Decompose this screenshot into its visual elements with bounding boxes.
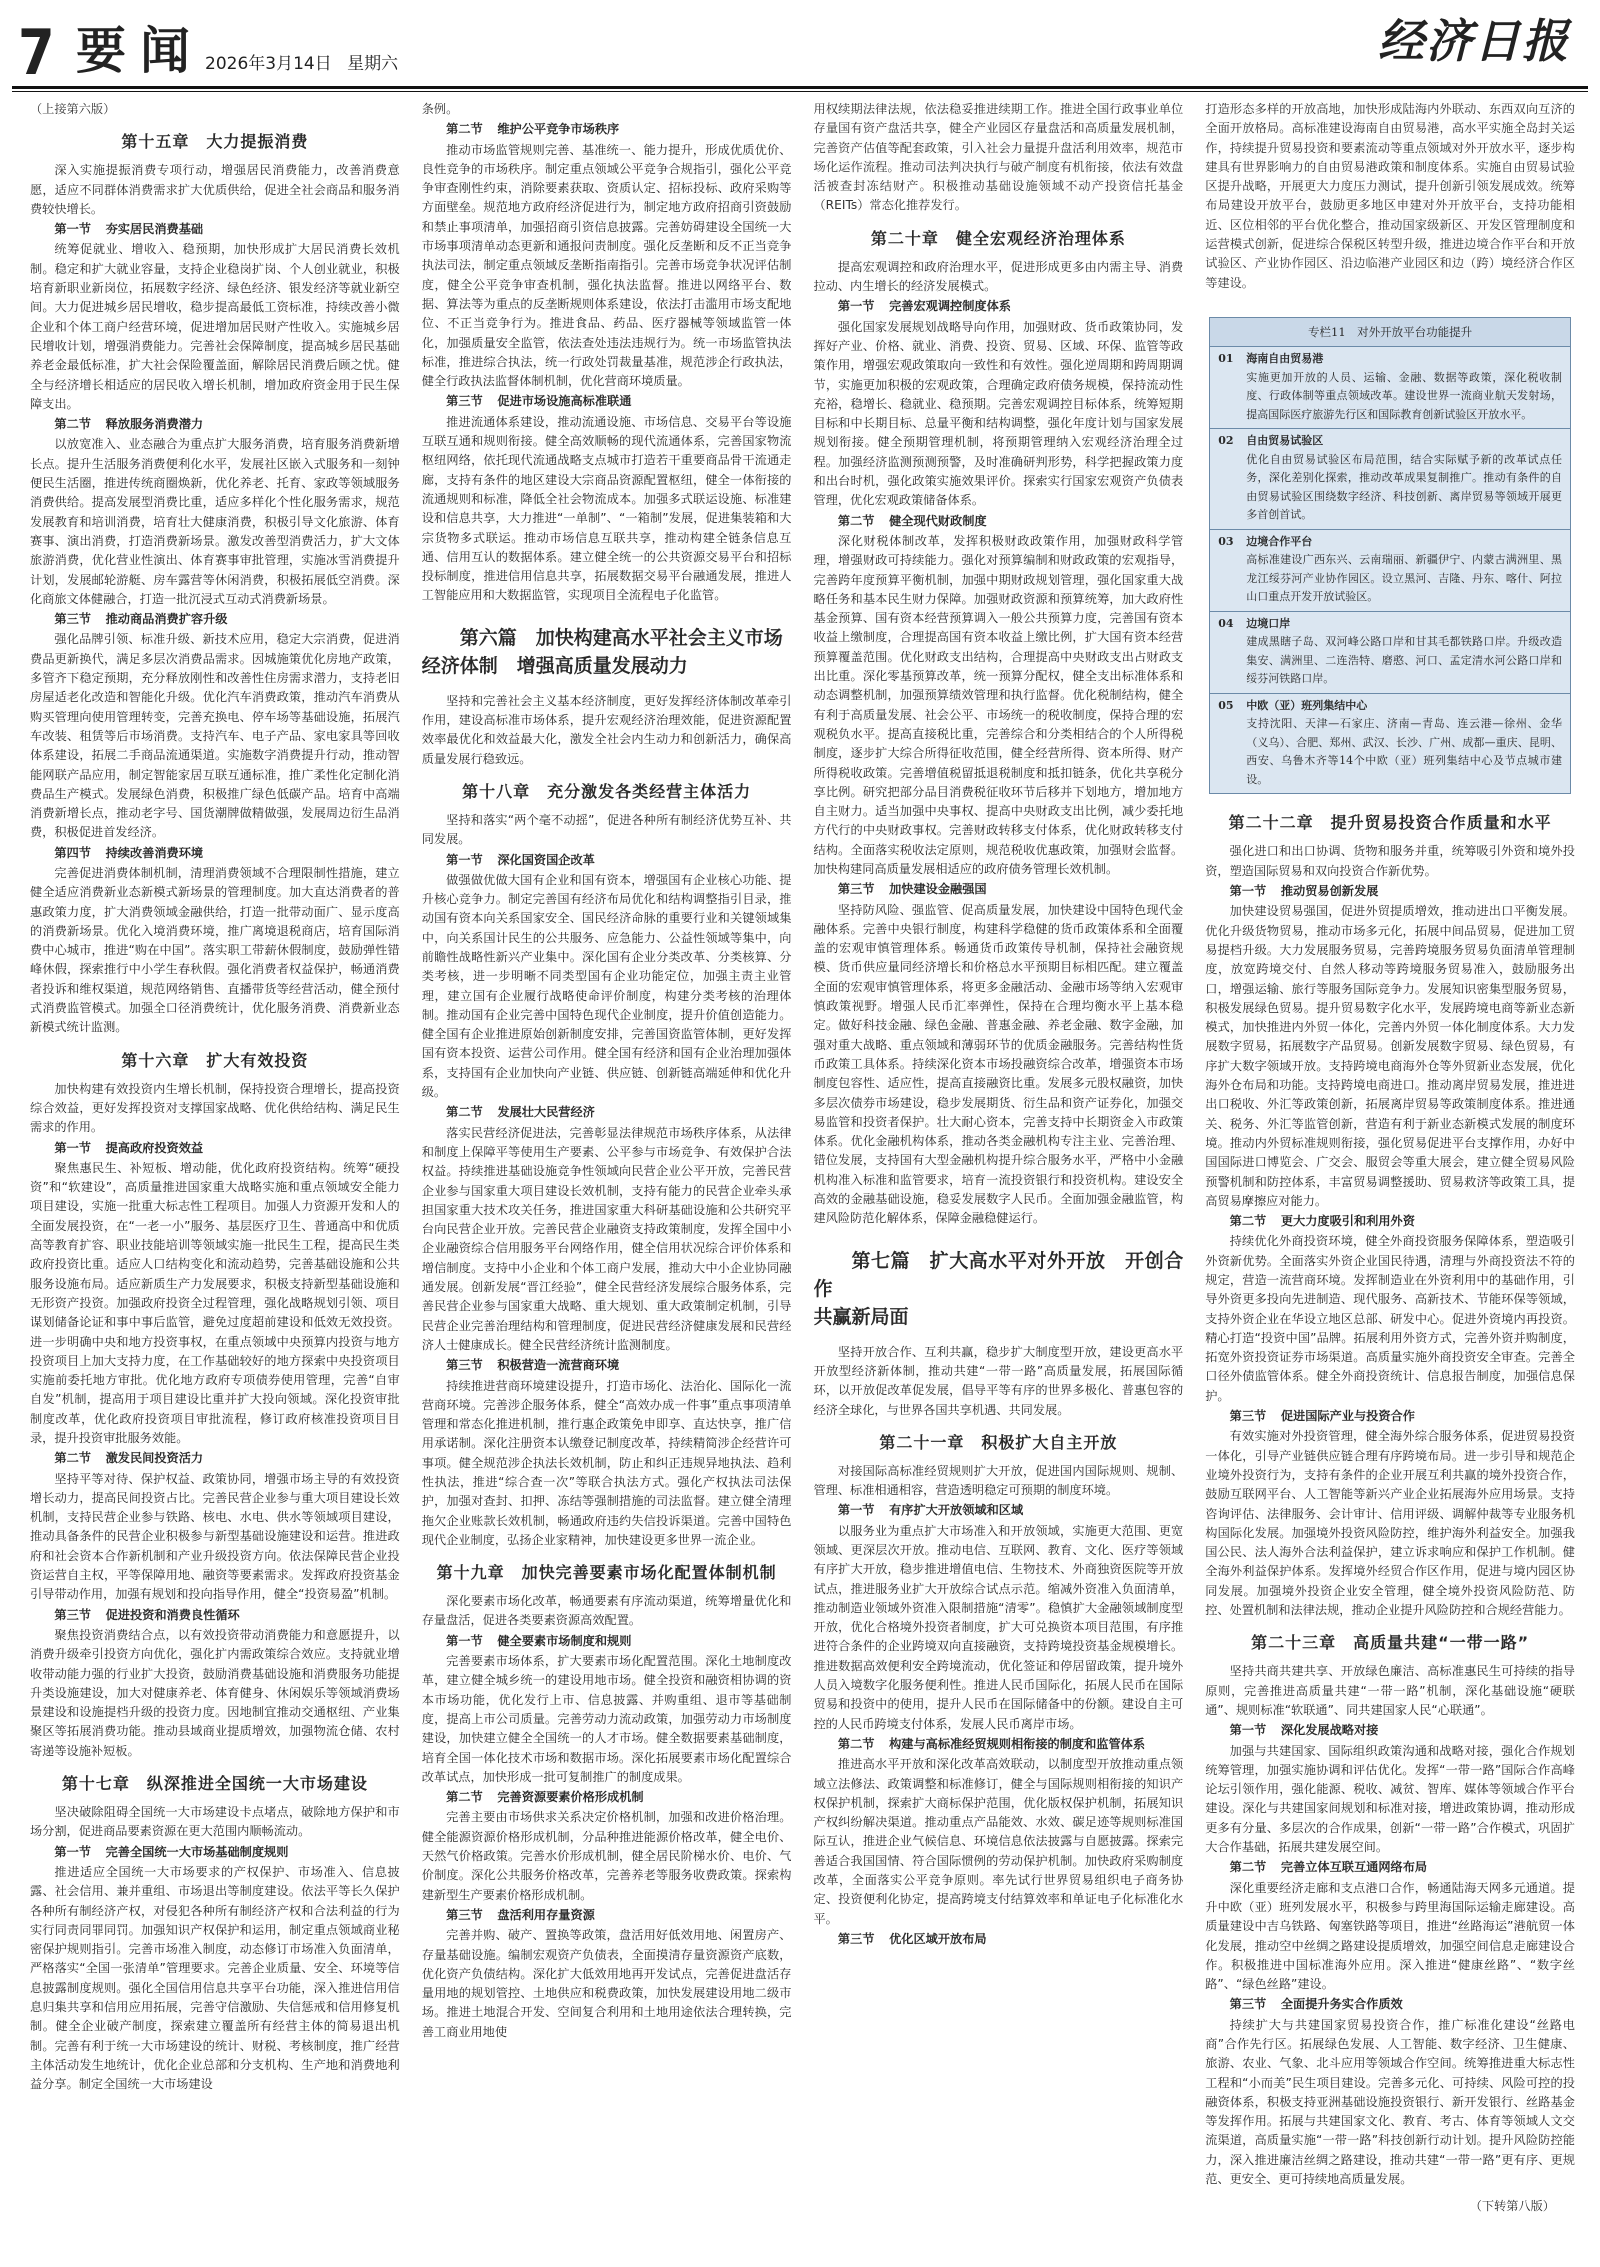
paragraph: 深化要素市场化改革，畅通要素有序流动渠道，统筹增量优化和存量盘活，促进各类要素资… <box>422 1592 792 1631</box>
paragraph: 持续扩大与共建国家贸易投资合作，推广标准化建设“丝路电商”合作先行区。拓展绿色发… <box>1205 2016 1575 2190</box>
section-heading: 第一节健全要素市场制度和规则 <box>422 1632 792 1651</box>
chapter-heading: 第十六章 扩大有效投资 <box>30 1050 400 1072</box>
paragraph: 完善主要由市场供求关系决定价格机制，加强和改进价格治理。健全能源资源价格形成机制… <box>422 1808 792 1904</box>
column-2: 条例。 第二节维护公平竞争市场秩序 推动市场监管规则完善、基准统一、能力提升，形… <box>422 100 792 2260</box>
section-heading: 第一节深化发展战略对接 <box>1205 1721 1575 1740</box>
section-heading: 第三节推动商品消费扩容升级 <box>30 610 400 629</box>
paragraph: 深化重要经济走廊和支点港口合作，畅通陆海天网多元通道。提升中欧（亚）班列发展水平… <box>1205 1879 1575 1995</box>
box-row: 03 边境合作平台高标准建设广西东兴、云南瑞丽、新疆伊宁、内蒙古满洲里、黑龙江绥… <box>1210 530 1570 612</box>
paragraph: 加快建设贸易强国，促进外贸提质增效，推动进出口平衡发展。优化升级货物贸易，推动市… <box>1205 902 1575 1211</box>
section-heading: 第三节盘活利用存量资源 <box>422 1906 792 1925</box>
box-row: 02 自由贸易试验区优化自由贸易试验区布局范围，结合实际赋予新的改革试点任务，深… <box>1210 429 1570 530</box>
section-heading: 第二节发展壮大民营经济 <box>422 1103 792 1122</box>
section-heading: 第三节加快建设金融强国 <box>814 880 1184 899</box>
issue-date: 2026年3月14日 <box>205 54 332 74</box>
section-heading: 第二节构建与高标准经贸规则相衔接的制度和监管体系 <box>814 1735 1184 1754</box>
date-line: 2026年3月14日 星期六 <box>205 56 408 73</box>
continued-to-note: （下转第八版） <box>1205 2197 1575 2216</box>
masthead: 7 要闻 2026年3月14日 星期六 经济日报 <box>0 0 1600 90</box>
paragraph: 对接国际高标准经贸规则扩大开放，促进国内国际规则、规制、管理、标准相通相容，营造… <box>814 1462 1184 1501</box>
chapter-heading: 第二十一章 积极扩大自主开放 <box>814 1432 1184 1454</box>
issue-weekday: 星期六 <box>347 54 398 74</box>
paragraph: 做强做优做大国有企业和国有资本，增强国有企业核心功能、提升核心竞争力。制定完善国… <box>422 871 792 1103</box>
article-columns: （上接第六版） 第十五章 大力提振消费 深入实施提振消费专项行动，增强居民消费能… <box>30 100 1575 2260</box>
chapter-heading: 第十七章 纵深推进全国统一大市场建设 <box>30 1773 400 1795</box>
paragraph: 有效实施对外投资管理，健全海外综合服务体系，促进贸易投资一体化，引导产业链供应链… <box>1205 1427 1575 1620</box>
section-heading: 第四节持续改善消费环境 <box>30 844 400 863</box>
part-heading: 第六篇 加快构建高水平社会主义市场 经济体制 增强高质量发展动力 <box>422 624 792 680</box>
paragraph: 聚焦投资消费结合点，以有效投资带动消费能力和意愿提升，以消费升级牵引投资方向优化… <box>30 1626 400 1761</box>
paragraph: 完善并购、破产、置换等政策，盘活用好低效用地、闲置房产、存量基础设施。编制宏观资… <box>422 1926 792 2042</box>
section-heading: 第三节促进投资和消费良性循环 <box>30 1606 400 1625</box>
chapter-heading: 第十八章 充分激发各类经营主体活力 <box>422 781 792 803</box>
paragraph: 强化品牌引领、标准升级、新技术应用，稳定大宗消费，促进消费品更新换代，满足多层次… <box>30 630 400 842</box>
section-heading: 第一节提高政府投资效益 <box>30 1139 400 1158</box>
paragraph: 坚持开放合作、互利共赢，稳步扩大制度型开放，建设更高水平开放型经济新体制，推动共… <box>814 1343 1184 1420</box>
section-heading: 第三节促进市场设施高标准联通 <box>422 392 792 411</box>
paragraph: 以放宽准入、业态融合为重点扩大服务消费，培育服务消费新增长点。提升生活服务消费便… <box>30 435 400 609</box>
paragraph: 以服务业为重点扩大市场准入和开放领域，实施更大范围、更宽领域、更深层次开放。推动… <box>814 1522 1184 1734</box>
paragraph: 统筹促就业、增收入、稳预期，加快形成扩大居民消费长效机制。稳定和扩大就业容量，支… <box>30 240 400 414</box>
section-heading: 第二节完善资源要素价格形成机制 <box>422 1788 792 1807</box>
section-heading: 第二节释放服务消费潜力 <box>30 415 400 434</box>
paragraph: 落实民营经济促进法，完善彰显法律规范市场秩序体系，从法律和制度上保障平等使用生产… <box>422 1124 792 1356</box>
chapter-heading: 第二十三章 高质量共建“一带一路” <box>1205 1632 1575 1654</box>
column-3: 用权续期法律法规，依法稳妥推进续期工作。推进全国行政事业单位存量国有资产盘活共享… <box>814 100 1184 2260</box>
section-heading: 第二节激发民间投资活力 <box>30 1449 400 1468</box>
box-title: 专栏11 对外开放平台功能提升 <box>1210 318 1570 348</box>
section-heading: 第三节优化区域开放布局 <box>814 1930 1184 1949</box>
paragraph: 打造形态多样的开放高地，加快形成陆海内外联动、东西双向互济的全面开放格局。高标准… <box>1205 100 1575 293</box>
section-heading: 第三节促进国际产业与投资合作 <box>1205 1407 1575 1426</box>
part-heading: 第七篇 扩大高水平对外开放 开创合作 共赢新局面 <box>814 1247 1184 1331</box>
column-4: 打造形态多样的开放高地，加快形成陆海内外联动、东西双向互济的全面开放格局。高标准… <box>1205 100 1575 2260</box>
section-heading: 第一节完善宏观调控制度体系 <box>814 297 1184 316</box>
section-heading: 第一节夯实居民消费基础 <box>30 220 400 239</box>
paragraph: 坚持和完善社会主义基本经济制度，更好发挥经济体制改革牵引作用，建设高标准市场体系… <box>422 692 792 769</box>
section-heading: 第一节完善全国统一大市场基础制度规则 <box>30 1843 400 1862</box>
section-heading: 第二节更大力度吸引和利用外资 <box>1205 1212 1575 1231</box>
continued-from-note: （上接第六版） <box>30 100 400 119</box>
box-row: 04 边境口岸建成黑瞎子岛、双河峰公路口岸和甘其毛都铁路口岸。升级改造集安、满洲… <box>1210 612 1570 694</box>
paragraph: 持续推进营商环境建设提升，打造市场化、法治化、国际化一流营商环境。完善涉企服务体… <box>422 1377 792 1551</box>
chapter-heading: 第十九章 加快完善要素市场化配置体制机制 <box>422 1562 792 1584</box>
paragraph: 坚持防风险、强监管、促高质量发展，加快建设中国特色现代金融体系。完善中央银行制度… <box>814 901 1184 1229</box>
paragraph: 持续优化外商投资环境，健全外商投资服务保障体系，塑造吸引外资新优势。全面落实外资… <box>1205 1232 1575 1406</box>
section-heading: 第一节有序扩大开放领域和区域 <box>814 1501 1184 1520</box>
section-heading: 第一节深化国资国企改革 <box>422 851 792 870</box>
box-row: 05 中欧（亚）班列集结中心支持沈阳、天津—石家庄、济南—青岛、连云港—徐州、金… <box>1210 694 1570 794</box>
header-rule <box>12 86 1588 89</box>
paragraph: 加强与共建国家、国际组织政策沟通和战略对接，强化合作规划统筹管理，加强实施协调和… <box>1205 1742 1575 1858</box>
paragraph: 坚持平等对待、保护权益、政策协同，增强市场主导的有效投资增长动力，提高民间投资占… <box>30 1470 400 1605</box>
section-heading: 第三节全面提升务实合作质效 <box>1205 1995 1575 2014</box>
paragraph: 条例。 <box>422 100 792 119</box>
column-1: （上接第六版） 第十五章 大力提振消费 深入实施提振消费专项行动，增强居民消费能… <box>30 100 400 2260</box>
chapter-heading: 第二十二章 提升贸易投资合作质量和水平 <box>1205 812 1575 834</box>
paragraph: 完善要素市场体系，扩大要素市场化配置范围。深化土地制度改革，建立健全城乡统一的建… <box>422 1652 792 1787</box>
paragraph: 坚持共商共建共享、开放绿色廉洁、高标准惠民生可持续的指导原则，完善推进高质量共建… <box>1205 1662 1575 1720</box>
paragraph: 强化进口和出口协调、货物和服务并重，统筹吸引外资和境外投资，塑造国际贸易和双向投… <box>1205 842 1575 881</box>
paragraph: 坚持和落实“两个毫不动摇”，促进各种所有制经济优势互补、共同发展。 <box>422 811 792 850</box>
chapter-heading: 第二十章 健全宏观经济治理体系 <box>814 228 1184 250</box>
section-heading: 第二节健全现代财政制度 <box>814 512 1184 531</box>
chapter-heading: 第十五章 大力提振消费 <box>30 131 400 153</box>
section-heading: 第三节积极营造一流营商环境 <box>422 1356 792 1375</box>
paragraph: 推动市场监管规则完善、基准统一、能力提升，形成优质优价、良性竞争的市场秩序。制定… <box>422 141 792 392</box>
paragraph: 推进适应全国统一大市场要求的产权保护、市场准入、信息披露、社会信用、兼并重组、市… <box>30 1863 400 2095</box>
paragraph: 推进流通体系建设，推动流通设施、市场信息、交易平台等设施互联互通和规则衔接。健全… <box>422 413 792 606</box>
paragraph: 完善促进消费体制机制，清理消费领域不合理限制性措施，建立健全适应消费新业态新模式… <box>30 864 400 1038</box>
paragraph: 深入实施提振消费专项行动，增强居民消费能力，改善消费意愿，适应不同群体消费需求扩… <box>30 161 400 219</box>
paragraph: 聚焦惠民生、补短板、增动能，优化政府投资结构。统筹“硬投资”和“软建设”，高质量… <box>30 1159 400 1448</box>
section-heading: 第二节维护公平竞争市场秩序 <box>422 120 792 139</box>
paragraph: 加快构建有效投资内生增长机制，保持投资合理增长，提高投资综合效益，更好发挥投资对… <box>30 1080 400 1138</box>
section-heading: 第一节推动贸易创新发展 <box>1205 882 1575 901</box>
page-number: 7 <box>18 22 55 84</box>
newspaper-logo: 经济日报 <box>1378 18 1570 64</box>
paragraph: 坚决破除阻碍全国统一大市场建设卡点堵点，破除地方保护和市场分割，促进商品要素资源… <box>30 1803 400 1842</box>
paragraph: 深化财税体制改革，发挥积极财政政策作用，加强财政科学管理，增强财政可持续能力。强… <box>814 532 1184 879</box>
paragraph: 强化国家发展规划战略导向作用，加强财政、货币政策协同，发挥好产业、价格、就业、消… <box>814 318 1184 511</box>
paragraph: 提高宏观调控和政府治理水平，促进形成更多由内需主导、消费拉动、内生增长的经济发展… <box>814 258 1184 297</box>
header-rule-thin <box>12 91 1588 92</box>
section-name: 要闻 <box>76 26 204 76</box>
section-heading: 第二节完善立体互联互通网络布局 <box>1205 1858 1575 1877</box>
paragraph: 推进高水平开放和深化改革高效联动，以制度型开放推动重点领域立法修法、政策调整和标… <box>814 1755 1184 1929</box>
box-row: 01 海南自由贸易港实施更加开放的人员、运输、金融、数据等政策，深化税收制度、行… <box>1210 347 1570 429</box>
paragraph: 用权续期法律法规，依法稳妥推进续期工作。推进全国行政事业单位存量国有资产盘活共享… <box>814 100 1184 216</box>
sidebar-box: 专栏11 对外开放平台功能提升 01 海南自由贸易港实施更加开放的人员、运输、金… <box>1209 317 1571 795</box>
